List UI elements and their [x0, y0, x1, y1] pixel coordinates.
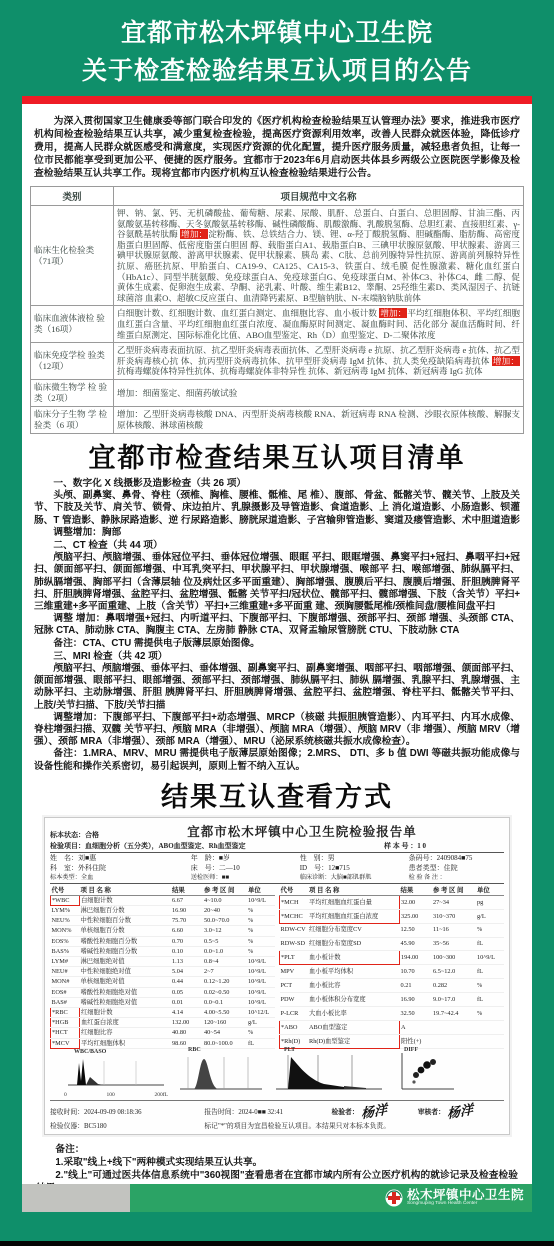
report-cell: 血小板平均体积 [308, 965, 400, 979]
report-row: RDW-CV红细胞分布宽度CV12.5011~16% [280, 923, 505, 937]
items-text: 增加：细菌鉴定、细菌药敏试验 [117, 388, 237, 398]
report-cell: 白细胞计数 [80, 895, 172, 905]
report-cell: 10^9/L [247, 987, 275, 997]
report-cell: 11~16 [432, 923, 476, 937]
rh-name: 项 目 名 称 [308, 884, 400, 896]
rh-range: 参 考 区 间 [432, 884, 476, 896]
section-paragraph: 调整增加：下腹部平扫、下腹部平扫+动态增强、MRCP（核磁 共振胆胰管造影）、内… [34, 712, 520, 749]
category-table: 类别 项目规范中文名称 临床生化检验类 （71项）钾、钠、氯、钙、无机磷酸盐、葡… [30, 186, 524, 434]
report-row: NEU%中性粒细胞百分数75.7050.0~70.0% [51, 916, 276, 926]
histogram-label: RBC [188, 1047, 201, 1053]
rh-name: 项 目 名 称 [80, 884, 172, 896]
items-cell: 白细胞计数、红细胞计数、血红蛋白测定、血细胞比容、血小板计数 增加：平均红细胞体… [114, 306, 524, 343]
histogram-plt: PLT [274, 1049, 384, 1098]
patient-field: ID 号：12■715 [300, 863, 409, 873]
report-cell: 大血小板比率 [308, 1007, 400, 1021]
report-items-row: 检验项目：血细胞分析（五分类），ABO血型鉴定、Rh血型鉴定 样 本 号 ：1 … [50, 840, 504, 853]
section-title: 三、MRI 检查（共 42 项） [34, 651, 520, 663]
report-row: BAS#嗜碱性粒细胞绝对值0.010.0~0.110^9/L [51, 997, 276, 1007]
report-cell: EOS% [51, 936, 80, 946]
report-row: *ABOABO血型鉴定A [280, 1020, 505, 1034]
hospital-logo-cross-icon [385, 1189, 403, 1207]
sections: 一、数字化 X 线摄影及造影检查（共 26 项）头颅、副鼻窦、鼻骨、脊柱（颈椎、… [34, 478, 520, 773]
report-cell: 4~10.0 [203, 895, 247, 905]
report-status: 标本状态：合格 [50, 830, 160, 840]
report-cell: 0.5~5 [203, 936, 247, 946]
report-cell: 10^9/L [247, 977, 275, 987]
report-tables: 代号 项 目 名 称 结果 参 考 区 间 单位 *WBC白细胞计数6.674~… [50, 884, 504, 1049]
report-cell: 20~40 [203, 905, 247, 915]
report-cell: *MCV [51, 1038, 80, 1048]
report-cell: 中性粒细胞百分数 [80, 916, 172, 926]
section-title: 二、CT 检查（共 44 项） [34, 540, 520, 552]
report-cell: 16.90 [400, 993, 433, 1007]
report-cell: BAS# [51, 997, 80, 1007]
table-row: 临床分子生物 学 检验类（6 项）增加：乙型肝炎病毒核酸 DNA、丙型肝炎病毒核… [31, 406, 524, 433]
report-cell: 10^9/L [476, 951, 504, 965]
report-cell: fL [476, 965, 504, 979]
marker-note: 标记"*"的项目为宜昌检验互认项目。本结果只对本标本负责。 [204, 1120, 504, 1130]
category-cell: 临床分子生物 学 检验类（6 项） [31, 406, 114, 433]
report-row: *MCV平均红细胞体积98.6080.0~100.0fL [51, 1038, 276, 1048]
footer-band: 松木坪镇中心卫生院 Songmuping Town Health Center [22, 1184, 532, 1212]
view-heading: 结果互认查看方式 [30, 781, 524, 813]
patient-field: 床 号：二—10 [191, 863, 300, 873]
items-cell: 钾、钠、氯、钙、无机磷酸盐、葡萄糖、尿素、尿酸、肌酐、总蛋白、白蛋白、总胆固醇、… [114, 206, 524, 306]
report-cell: 10^9/L [247, 997, 275, 1007]
poster-title-line1: 宜都市松木坪镇中心卫生院 [0, 14, 554, 52]
report-cell: MON# [51, 977, 80, 987]
report-footer-line1: 接收时间：2024-09-09 08:18:36 报告时间：2024-0■■ 3… [50, 1103, 504, 1119]
patient-field: 年 龄：■岁 [191, 853, 300, 863]
report-cell: 6.60 [171, 926, 203, 936]
report-header-row: 代号 项 目 名 称 结果 参 考 区 间 单位 [280, 884, 505, 896]
hospital-name: 松木坪镇中心卫生院 [407, 1189, 524, 1202]
hospital-name-en: Songmuping Town Health Center [407, 1202, 524, 1207]
section-paragraph: 调整 增加：鼻咽增强+冠扫、内听道平扫、下腹部平扫、下腹部增强、颈部平扫、颈部 … [34, 613, 520, 637]
report-cell: 红细胞比容 [80, 1028, 172, 1038]
report-cell: *PLT [280, 951, 309, 965]
patient-field: 科 室：外科住院 [50, 863, 191, 873]
report-cell: 310~370 [432, 909, 476, 923]
report-table-right: 代号 项 目 名 称 结果 参 考 区 间 单位 *MCH平均红细胞血红蛋白量3… [279, 884, 504, 1049]
col-header-items: 项目规范中文名称 [114, 187, 524, 206]
report-cell: 中性粒细胞绝对值 [80, 967, 172, 977]
report-cell: 27~34 [432, 895, 476, 909]
report-cell: 红细胞分布宽度CV [308, 923, 400, 937]
report-cell: 单核细胞绝对值 [80, 977, 172, 987]
report-row: *PLT血小板计数194.00100~30010^9/L [280, 951, 505, 965]
poster-title-line2: 关于检查检验结果互认项目的公告 [0, 52, 554, 90]
report-cell [432, 1034, 476, 1048]
report-cell: LYM% [51, 905, 80, 915]
report-cell: RDW-SD [280, 937, 309, 951]
report-cell [476, 1034, 504, 1048]
report-cell: 平均红细胞体积 [80, 1038, 172, 1048]
histogram-label: WBC/BASO [74, 1049, 106, 1055]
added-highlight: 增加： [180, 229, 208, 239]
report-cell: MPV [280, 965, 309, 979]
announcement-poster: 宜都市松木坪镇中心卫生院 关于检查检验结果互认项目的公告 为深入贯彻国家卫生健康… [0, 0, 554, 1246]
report-cell: 0.0~1.0 [203, 946, 247, 956]
report-cell: 35~56 [432, 937, 476, 951]
report-row: *HCT红细胞比容40.8040~54% [51, 1028, 276, 1038]
report-patient: 姓 名：刘■惠年 龄：■岁性 别：男条码号：2409084■75科 室：外科住院… [50, 853, 504, 884]
diff-scatter-chart [394, 1049, 458, 1093]
report-patient-row: 姓 名：刘■惠年 龄：■岁性 别：男条码号：2409084■75 [50, 853, 504, 863]
report-cell: % [247, 1028, 275, 1038]
patient-field: 送检医师：■■ [191, 873, 300, 883]
rh-result: 结果 [400, 884, 433, 896]
footer-gray-block [22, 1184, 130, 1212]
report-cell: 血小板计数 [308, 951, 400, 965]
report-row: EOS%嗜酸性粒细胞百分数0.700.5~5% [51, 936, 276, 946]
report-cell: 0.8~4 [203, 957, 247, 967]
report-cell: 80.0~100.0 [203, 1038, 247, 1048]
report-row: *RBC红细胞计数4.144.00~5.5010^12/L [51, 1008, 276, 1018]
rh-unit: 单位 [247, 884, 275, 896]
report-cell: 12.50 [400, 923, 433, 937]
checker-label: 检验者： [331, 1106, 358, 1116]
report-cell: *ABO [280, 1020, 309, 1034]
report-cell: 40~54 [203, 1028, 247, 1038]
report-cell: 4.14 [171, 1008, 203, 1018]
report-cell: 5.04 [171, 967, 203, 977]
report-cell: 19.7~42.4 [432, 1007, 476, 1021]
rh-result: 结果 [171, 884, 203, 896]
report-cell: 120~160 [203, 1018, 247, 1028]
instrument: 检验仪器：BC5180 [50, 1120, 204, 1130]
report-cell: 4.00~5.50 [203, 1008, 247, 1018]
report-cell: 32.00 [400, 895, 433, 909]
category-cell: 临床生化检验类 （71项） [31, 206, 114, 306]
checker: 检验者： 杨洋 [331, 1101, 417, 1120]
note-item: 1.采取"线上+线下"两种模式实现结果互认共享。 [36, 1156, 518, 1169]
rh-range: 参 考 区 间 [203, 884, 247, 896]
section-title: 一、数字化 X 线摄影及造影检查（共 26 项） [34, 478, 520, 490]
report-cell: % [247, 926, 275, 936]
report-cell: 325.00 [400, 909, 433, 923]
items-cell: 乙型肝炎病毒表面抗原、抗乙型肝炎病毒表面抗体、乙型肝炎病毒 e 抗原、抗乙型肝炎… [114, 343, 524, 380]
report-cell: 100~300 [432, 951, 476, 965]
intro-paragraph: 为深入贯彻国家卫生健康委等部门联合印发的《医疗机构检查检验结果互认管理办法》要求… [34, 115, 520, 180]
report-cell: g/L [476, 909, 504, 923]
report-row: BAS%嗜碱性粒细胞百分数0.100.0~1.0% [51, 946, 276, 956]
items-text: 乙型肝炎病毒表面抗原、抗乙型肝炎病毒表面抗体、乙型肝炎病毒 e 抗原、抗乙型肝炎… [117, 345, 520, 366]
items-text: 抗梅毒螺旋体特异性抗体、抗梅毒螺旋体非特异性 抗体、新冠病毒 IgM 抗体、新冠… [117, 366, 482, 376]
report-cell: % [247, 946, 275, 956]
report-cell: % [247, 936, 275, 946]
report-cell: 10.70 [400, 965, 433, 979]
report-cell: 3.0~12 [203, 926, 247, 936]
report-cell: 平均红细胞血红蛋白浓度 [308, 909, 400, 923]
patient-field: 临床诊断：大脑■部肌群肌 [300, 873, 409, 883]
report-cell: 10^12/L [247, 1008, 275, 1018]
histogram-axis: 0 100 200fL [64, 1092, 168, 1098]
report-cell: g/L [247, 1018, 275, 1028]
report-cell: 16.90 [171, 905, 203, 915]
report-footer-line2: 检验仪器：BC5180 标记"*"的项目为宜昌检验互认项目。本结果只对本标本负责… [50, 1120, 504, 1130]
report-cell: 9.0~17.0 [432, 993, 476, 1007]
report-patient-row: 科 室：外科住院床 号：二—10ID 号：12■715患者类型：住院 [50, 863, 504, 873]
report-table-left: 代号 项 目 名 称 结果 参 考 区 间 单位 *WBC白细胞计数6.674~… [50, 884, 275, 1049]
report-title-row: 标本状态：合格 宜都市松木坪镇中心卫生院检验报告单 [50, 822, 504, 840]
report-cell: % [476, 979, 504, 993]
report-cell: fL [247, 1038, 275, 1048]
added-highlight: 增加： [492, 356, 520, 366]
patient-field: 姓 名：刘■惠 [50, 853, 191, 863]
report-cell: P-LCR [280, 1007, 309, 1021]
report-row: MPV血小板平均体积10.706.5~12.0fL [280, 965, 505, 979]
report-cell: 2~7 [203, 967, 247, 977]
table-row: 临床生化检验类 （71项）钾、钠、氯、钙、无机磷酸盐、葡萄糖、尿素、尿酸、肌酐、… [31, 206, 524, 306]
report-cell: 1.13 [171, 957, 203, 967]
wbc-baso-histogram-chart [64, 1051, 168, 1089]
section-paragraph: 备注：CTA、CTU 需提供电子版薄层原始图像。 [34, 638, 520, 650]
report-row: PCT血小板比容0.210.282% [280, 979, 505, 993]
report-cell: ABO血型鉴定 [308, 1020, 400, 1034]
report-cell: *WBC [51, 895, 80, 905]
items-text: 增加：乙型肝炎病毒核酸 DNA、丙型肝炎病毒核酸 RNA、新冠病毒 RNA 检测… [117, 409, 520, 430]
section-paragraph: 颅脑平扫、颅脑增强、垂体平扫、垂体增强、副鼻窦平扫、副鼻窦增强、咽部平扫、咽部增… [34, 663, 520, 712]
table-row: 临床血液体液检 验类（16项）白细胞计数、红细胞计数、血红蛋白测定、血细胞比容、… [31, 306, 524, 343]
rh-unit: 单位 [476, 884, 504, 896]
category-cell: 临床微生物学 检 验类（2项） [31, 379, 114, 406]
table-row: 临床免疫学检 验类（12项）乙型肝炎病毒表面抗原、抗乙型肝炎病毒表面抗体、乙型肝… [31, 343, 524, 380]
section-paragraph: 备注：1.MRA、MRV、MRU 需提供电子版薄层原始图像；2.MRS、 DTI… [34, 748, 520, 772]
col-header-category: 类别 [31, 187, 114, 206]
report-cell: NEU% [51, 916, 80, 926]
report-cell: LYM# [51, 957, 80, 967]
report-cell: 淋巴细胞绝对值 [80, 957, 172, 967]
report-cell: 194.00 [400, 951, 433, 965]
report-cell: 6.5~12.0 [432, 965, 476, 979]
report-cell: BAS% [51, 946, 80, 956]
report-cell: *MCHC [280, 909, 309, 923]
report-items: 检验项目：血细胞分析（五分类），ABO血型鉴定、Rh血型鉴定 [50, 841, 384, 851]
histogram-rbc: RBC [178, 1049, 264, 1098]
report-time: 报告时间：2024-0■■ 32:41 [204, 1106, 331, 1116]
report-row: LYM%淋巴细胞百分数16.9020~40% [51, 905, 276, 915]
reviewer-label: 审核者： [418, 1106, 445, 1116]
report-cell: RDW-CV [280, 923, 309, 937]
patient-field: 患者类型：住院 [409, 863, 504, 873]
histogram-label: PLT [284, 1047, 295, 1053]
report-cell [432, 1020, 476, 1034]
report-cell: 淋巴细胞百分数 [80, 905, 172, 915]
report-cell: 红细胞分布宽度SD [308, 937, 400, 951]
report-row: RDW-SD红细胞分布宽度SD45.9035~56fL [280, 937, 505, 951]
rh-code: 代号 [280, 884, 309, 896]
report-cell: 血红蛋白浓度 [80, 1018, 172, 1028]
poster-title: 宜都市松木坪镇中心卫生院 关于检查检验结果互认项目的公告 [0, 0, 554, 90]
report-table-right-body: *MCH平均红细胞血红蛋白量32.0027~34pg*MCHC平均红细胞血红蛋白… [280, 895, 505, 1048]
report-cell: 0.0~0.1 [203, 997, 247, 1007]
report-row: P-LCR大血小板比率32.5019.7~42.4% [280, 1007, 505, 1021]
report-cell: 0.44 [171, 977, 203, 987]
plt-histogram-chart [274, 1049, 384, 1093]
category-cell: 临床免疫学检 验类（12项） [31, 343, 114, 380]
report-cell [476, 1020, 504, 1034]
section-paragraph: 调整增加：胸部 [34, 527, 520, 539]
report-row: MON#单核细胞绝对值0.440.12~1.2010^9/L [51, 977, 276, 987]
report-header-row: 代号 项 目 名 称 结果 参 考 区 间 单位 [51, 884, 276, 896]
report-row: *HGB血红蛋白浓度132.00120~160g/L [51, 1018, 276, 1028]
report-cell: 嗜碱性粒细胞百分数 [80, 946, 172, 956]
report-row: EOS#嗜酸性粒细胞绝对值0.050.02~0.5010^9/L [51, 987, 276, 997]
report-cell: 10^9/L [247, 895, 275, 905]
items-text: 白细胞计数、红细胞计数、血红蛋白测定、血细胞比容、血小板计数 [117, 308, 379, 318]
rbc-histogram-chart [178, 1049, 264, 1093]
report-row: *MCH平均红细胞血红蛋白量32.0027~34pg [280, 895, 505, 909]
category-cell: 临床血液体液检 验类（16项） [31, 306, 114, 343]
report-cell: PCT [280, 979, 309, 993]
report-cell: 10^9/L [247, 967, 275, 977]
report-patient-row: 标本类型：全血送检医师：■■临床诊断：大脑■部肌群肌检 验 备 注 ： [50, 873, 504, 884]
report-cell: 嗜酸性粒细胞绝对值 [80, 987, 172, 997]
footer-logo-area: 松木坪镇中心卫生院 Songmuping Town Health Center [130, 1184, 532, 1212]
notes-label: 备注： [36, 1143, 518, 1156]
report-cell: *HGB [51, 1018, 80, 1028]
report-row: *MCHC平均红细胞血红蛋白浓度325.00310~370g/L [280, 909, 505, 923]
report-cell: 0.10 [171, 946, 203, 956]
patient-field: 性 别：男 [300, 853, 409, 863]
report-row: NEU#中性粒细胞绝对值5.042~710^9/L [51, 967, 276, 977]
receive-time: 接收时间：2024-09-09 08:18:36 [50, 1106, 204, 1116]
histogram-wbc-baso: WBC/BASO 0 100 200fL [64, 1051, 168, 1098]
report-cell: 红细胞计数 [80, 1008, 172, 1018]
report-cell: 10^9/L [247, 957, 275, 967]
report-cell: 45.90 [400, 937, 433, 951]
category-table-header-row: 类别 项目规范中文名称 [31, 187, 524, 206]
report-cell: fL [476, 937, 504, 951]
items-text: 淀粉酶、铁、总铁结合力、镁、锂、α-羟丁酸脱氢酶、胆碱酯酶、脂肪酶、高密度脂蛋白… [117, 229, 520, 303]
report-cell: 0.282 [432, 979, 476, 993]
report-sample-no: 样 本 号 ：1 0 [384, 841, 504, 851]
report-cell: Rh(D)血型鉴定 [308, 1034, 400, 1048]
histogram-label: DIFF [404, 1047, 418, 1053]
histogram-diff: DIFF [394, 1049, 458, 1098]
report-cell: NEU# [51, 967, 80, 977]
report-cell: 0.21 [400, 979, 433, 993]
report-cell: 0.02~0.50 [203, 987, 247, 997]
report-cell: 0.05 [171, 987, 203, 997]
report-cell: 血小板比容 [308, 979, 400, 993]
rh-code: 代号 [51, 884, 80, 896]
report-cell: % [247, 905, 275, 915]
report-row: *Rh(D)Rh(D)血型鉴定阳性(+) [280, 1034, 505, 1048]
patient-field: 标本类型：全血 [50, 873, 191, 883]
report-cell: *MCH [280, 895, 309, 909]
report-cell: 嗜碱性粒细胞绝对值 [80, 997, 172, 1007]
report-cell: 血小板体积分布宽度 [308, 993, 400, 1007]
table-row: 临床微生物学 检 验类（2项）增加：细菌鉴定、细菌药敏试验 [31, 379, 524, 406]
axis-tick: 200fL [155, 1092, 168, 1098]
bottom-black-strip [0, 1241, 554, 1246]
axis-tick: 0 [64, 1092, 67, 1098]
report-cell: 6.67 [171, 895, 203, 905]
report-cell: 单核细胞百分数 [80, 926, 172, 936]
report-row: *WBC白细胞计数6.674~10.010^9/L [51, 895, 276, 905]
list-heading: 宜都市检查结果互认项目清单 [30, 442, 524, 474]
report-cell: 0.01 [171, 997, 203, 1007]
items-cell: 增加：细菌鉴定、细菌药敏试验 [114, 379, 524, 406]
report-cell: 132.00 [171, 1018, 203, 1028]
red-divider [22, 96, 532, 104]
axis-tick: 100 [107, 1092, 115, 1098]
report-cell: PDW [280, 993, 309, 1007]
report-cell: MON% [51, 926, 80, 936]
report-cell: % [476, 923, 504, 937]
report-histograms: WBC/BASO 0 100 200fL [50, 1049, 504, 1101]
report-cell: A [400, 1020, 433, 1034]
category-table-body: 临床生化检验类 （71项）钾、钠、氯、钙、无机磷酸盐、葡萄糖、尿素、尿酸、肌酐、… [31, 206, 524, 434]
report-cell: 平均红细胞血红蛋白量 [308, 895, 400, 909]
paper: 为深入贯彻国家卫生健康委等部门联合印发的《医疗机构检查检验结果互认管理办法》要求… [22, 96, 532, 1212]
sheet: 为深入贯彻国家卫生健康委等部门联合印发的《医疗机构检查检验结果互认管理办法》要求… [22, 104, 532, 1212]
report-title: 宜都市松木坪镇中心卫生院检验报告单 [160, 822, 444, 840]
report-table-left-body: *WBC白细胞计数6.674~10.010^9/LLYM%淋巴细胞百分数16.9… [51, 895, 276, 1048]
items-cell: 增加：乙型肝炎病毒核酸 DNA、丙型肝炎病毒核酸 RNA、新冠病毒 RNA 检测… [114, 406, 524, 433]
report-cell: *HCT [51, 1028, 80, 1038]
report-cell: *RBC [51, 1008, 80, 1018]
report-cell: 32.50 [400, 1007, 433, 1021]
report-cell: fL [476, 993, 504, 1007]
report-row: LYM#淋巴细胞绝对值1.130.8~410^9/L [51, 957, 276, 967]
report-cell: 50.0~70.0 [203, 916, 247, 926]
report-cell: 75.70 [171, 916, 203, 926]
section-paragraph: 颅脑平扫、颅脑增强、垂体冠位平扫、垂体冠位增强、眼眶 平扫、眼眶增强、鼻窦平扫+… [34, 552, 520, 613]
section-paragraph: 头颅、副鼻窦、鼻骨、脊柱（颈椎、胸椎、腰椎、骶椎、尾 椎）、腹部、骨盆、骶髂关节… [34, 490, 520, 527]
report-cell: EOS# [51, 987, 80, 997]
report-cell: pg [476, 895, 504, 909]
report-cell: % [476, 1007, 504, 1021]
lab-report: 标本状态：合格 宜都市松木坪镇中心卫生院检验报告单 检验项目：血细胞分析（五分类… [44, 817, 510, 1135]
report-row: PDW血小板体积分布宽度16.909.0~17.0fL [280, 993, 505, 1007]
report-cell: 嗜酸性粒细胞百分数 [80, 936, 172, 946]
reviewer: 审核者： 杨洋 [418, 1101, 504, 1120]
report-cell: 0.12~1.20 [203, 977, 247, 987]
report-cell: % [247, 916, 275, 926]
added-highlight: 增加： [379, 308, 407, 318]
hospital-logo-text: 松木坪镇中心卫生院 Songmuping Town Health Center [407, 1189, 524, 1207]
patient-field: 条码号：2409084■75 [409, 853, 504, 863]
report-cell: 40.80 [171, 1028, 203, 1038]
report-cell: 0.70 [171, 936, 203, 946]
report-row: MON%单核细胞百分数6.603.0~12% [51, 926, 276, 936]
patient-field: 检 验 备 注 ： [409, 873, 504, 883]
